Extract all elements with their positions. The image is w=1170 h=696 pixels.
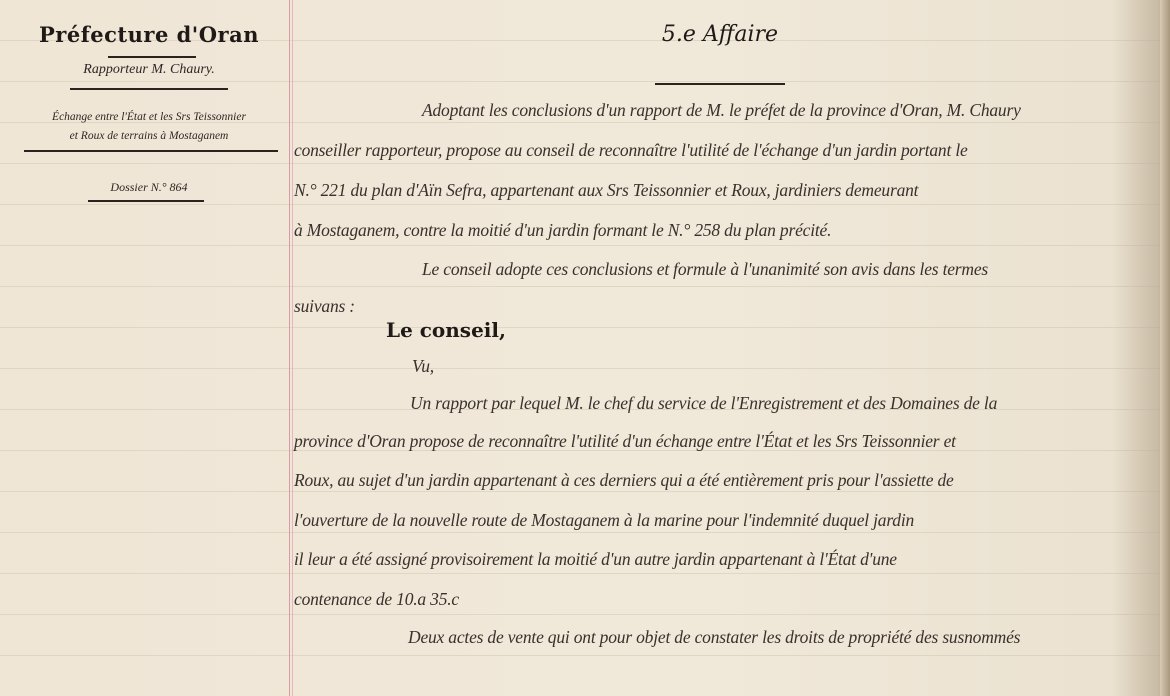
text-line: contenance de 10.a 35.c xyxy=(294,589,459,610)
text-line: Deux actes de vente qui ont pour objet d… xyxy=(408,627,1020,648)
affaire-title: 5.e Affaire xyxy=(620,22,820,47)
conseil-heading: Le conseil, xyxy=(386,318,506,342)
affaire-underline xyxy=(655,83,785,85)
echange-subject: Échange entre l'État et les Srs Teissonn… xyxy=(18,108,280,146)
dossier-number: Dossier N.° 864 xyxy=(18,180,280,195)
rapporteur-line: Rapporteur M. Chaury. xyxy=(18,62,280,78)
text-line: province d'Oran propose de reconnaître l… xyxy=(294,431,956,452)
text-line: à Mostaganem, contre la moitié d'un jard… xyxy=(294,220,831,241)
dossier-underline xyxy=(88,200,204,202)
echange-line-2: et Roux de terrains à Mostaganem xyxy=(18,127,280,146)
book-spine-shadow xyxy=(1160,0,1170,696)
text-line: Le conseil adopte ces conclusions et for… xyxy=(422,259,988,280)
margin-rule-red-secondary xyxy=(292,0,293,696)
text-line: Roux, au sujet d'un jardin appartenant à… xyxy=(294,470,954,491)
margin-rule-red xyxy=(289,0,290,696)
text-line: Un rapport par lequel M. le chef du serv… xyxy=(410,393,997,414)
ledger-page: Préfecture d'Oran Rapporteur M. Chaury. … xyxy=(0,0,1170,696)
text-line: suivans : xyxy=(294,296,355,317)
vu-label: Vu, xyxy=(412,356,434,377)
prefecture-underline xyxy=(108,56,196,58)
text-line: N.° 221 du plan d'Aïn Sefra, appartenant… xyxy=(294,180,918,201)
text-line: conseiller rapporteur, propose au consei… xyxy=(294,140,968,161)
echange-underline xyxy=(24,150,278,152)
prefecture-heading: Préfecture d'Oran xyxy=(18,22,280,47)
text-line: Adoptant les conclusions d'un rapport de… xyxy=(422,100,1021,121)
echange-line-1: Échange entre l'État et les Srs Teissonn… xyxy=(18,108,280,127)
rapporteur-underline xyxy=(70,88,228,90)
text-line: l'ouverture de la nouvelle route de Most… xyxy=(294,510,914,531)
text-line: il leur a été assigné provisoirement la … xyxy=(294,549,897,570)
